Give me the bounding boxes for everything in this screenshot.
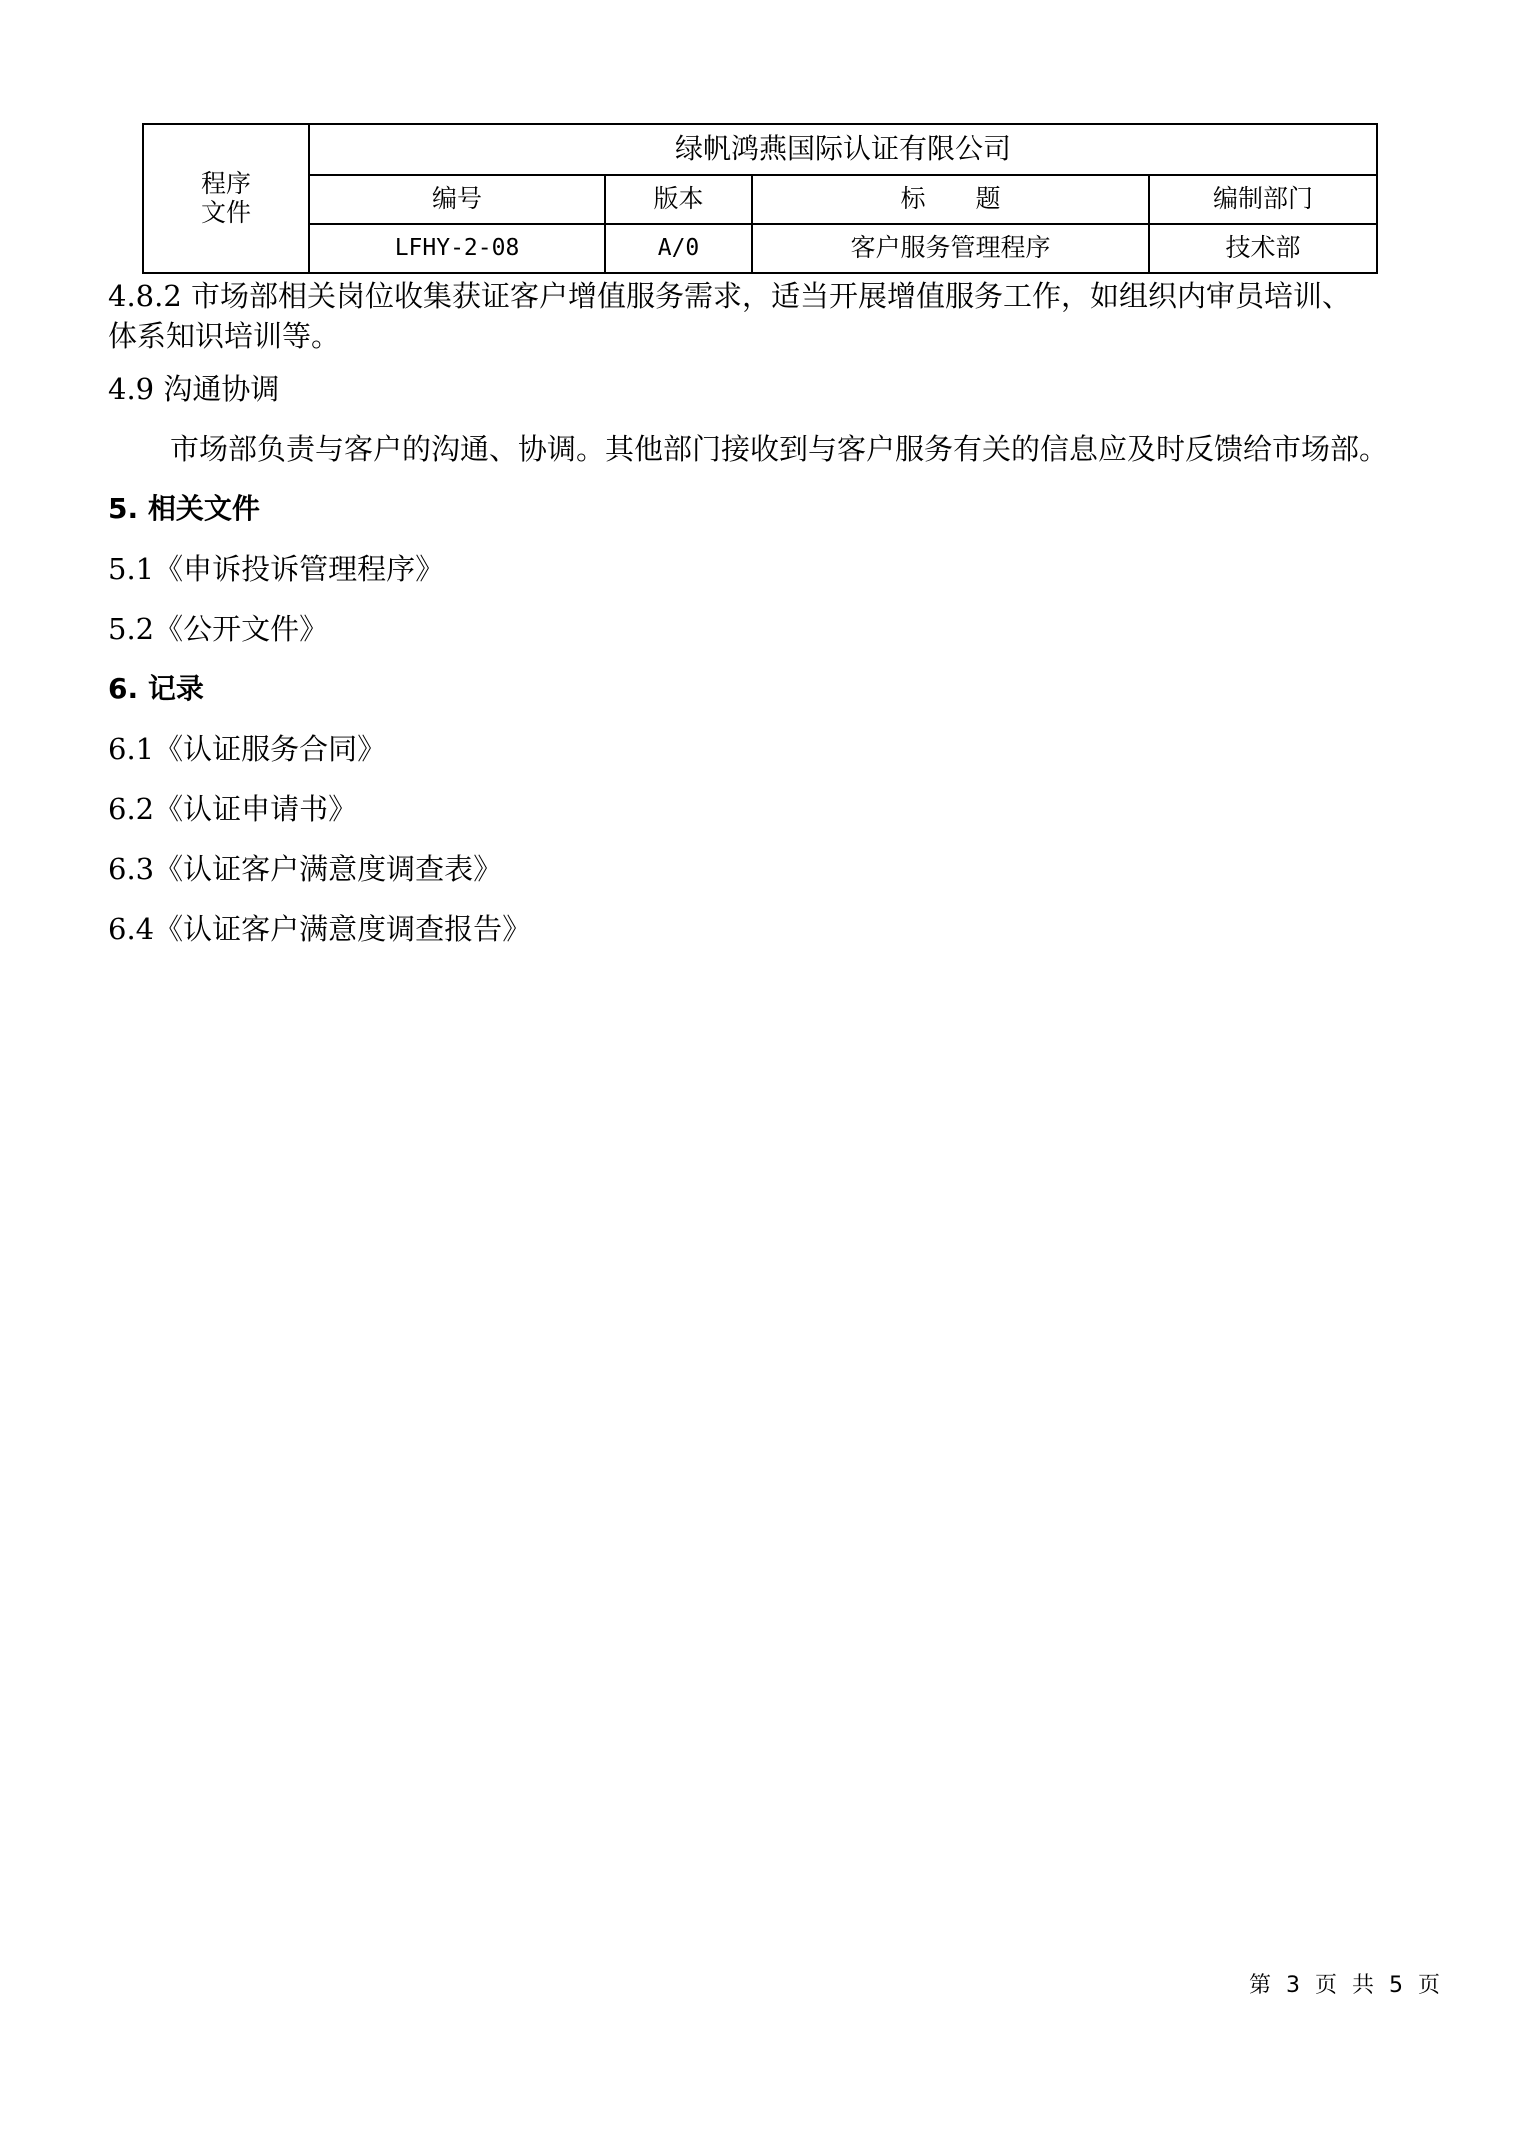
document-number: LFHY-2-08 — [309, 224, 605, 273]
section-5-heading: 5. 相关文件 — [108, 495, 260, 523]
list-item-6-3: 6.3《认证客户满意度调查表》 — [108, 855, 502, 884]
list-item-6-4: 6.4《认证客户满意度调查报告》 — [108, 915, 531, 944]
document-title: 客户服务管理程序 — [752, 224, 1149, 273]
paragraph-4-8-2-line2: 体系知识培训等。 — [108, 322, 340, 351]
document-type-line2: 文件 — [144, 199, 308, 228]
column-header-title: 标 题 — [752, 175, 1149, 224]
section-4-9-title: 4.9 沟通协调 — [108, 375, 279, 404]
document-department: 技术部 — [1149, 224, 1377, 273]
document-page: 程序 文件 绿帆鸿燕国际认证有限公司 编号 版本 标 题 编制部门 LFHY-2… — [0, 0, 1514, 2140]
paragraph-4-8-2-line1: 4.8.2 市场部相关岗位收集获证客户增值服务需求，适当开展增值服务工作，如组织… — [108, 282, 1351, 311]
list-item-5-2: 5.2《公开文件》 — [108, 615, 328, 644]
document-type-cell: 程序 文件 — [143, 124, 309, 273]
column-header-version: 版本 — [605, 175, 752, 224]
section-6-heading: 6. 记录 — [108, 675, 204, 703]
list-item-6-1: 6.1《认证服务合同》 — [108, 735, 386, 764]
page-indicator: 第 3 页 共 5 页 — [1249, 1968, 1440, 1999]
column-header-department: 编制部门 — [1149, 175, 1377, 224]
list-item-6-2: 6.2《认证申请书》 — [108, 795, 357, 824]
section-4-9-text: 市场部负责与客户的沟通、协调。其他部门接收到与客户服务有关的信息应及时反馈给市场… — [170, 435, 1388, 464]
list-item-5-1: 5.1《申诉投诉管理程序》 — [108, 555, 444, 584]
document-version: A/0 — [605, 224, 752, 273]
company-name: 绿帆鸿燕国际认证有限公司 — [309, 124, 1377, 175]
column-header-number: 编号 — [309, 175, 605, 224]
document-header-table: 程序 文件 绿帆鸿燕国际认证有限公司 编号 版本 标 题 编制部门 LFHY-2… — [142, 123, 1378, 274]
document-type-line1: 程序 — [144, 170, 308, 199]
